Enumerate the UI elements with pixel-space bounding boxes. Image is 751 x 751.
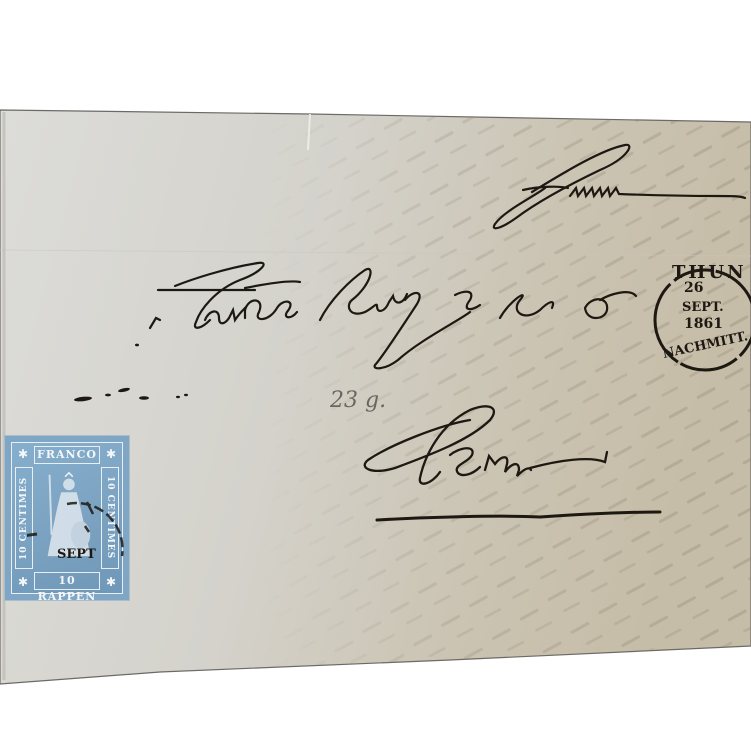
star-icon: ✱: [103, 446, 119, 462]
photo-scene: THUN 26 SEPT. 1861 NACHMITT. 23 g. Herrn…: [0, 0, 751, 751]
postage-stamp: ✱ ✱ ✱ ✱ FRANCO 10 RAPPEN 10 CENTIMES 10 …: [5, 436, 129, 600]
stamp-top-label: FRANCO: [34, 446, 100, 464]
stamp-cancellation: SEPT: [27, 496, 127, 596]
svg-text:SEPT: SEPT: [57, 547, 96, 562]
postmark-year: 1861: [684, 316, 723, 332]
address-city: Bern: [370, 420, 492, 478]
star-icon: ✱: [15, 446, 31, 462]
postmark: THUN 26 SEPT. 1861 NACHMITT.: [650, 254, 751, 384]
envelope: [0, 0, 751, 751]
postmark-time: NACHMITT.: [661, 329, 749, 362]
postmark-month: SEPT.: [682, 300, 724, 315]
postmark-day: 26: [684, 280, 703, 296]
address-salutation: Herrn: [520, 160, 606, 193]
pencil-weight-note: 23 g.: [330, 388, 386, 413]
address-recipient: Lauterburg & Co: [160, 280, 507, 326]
